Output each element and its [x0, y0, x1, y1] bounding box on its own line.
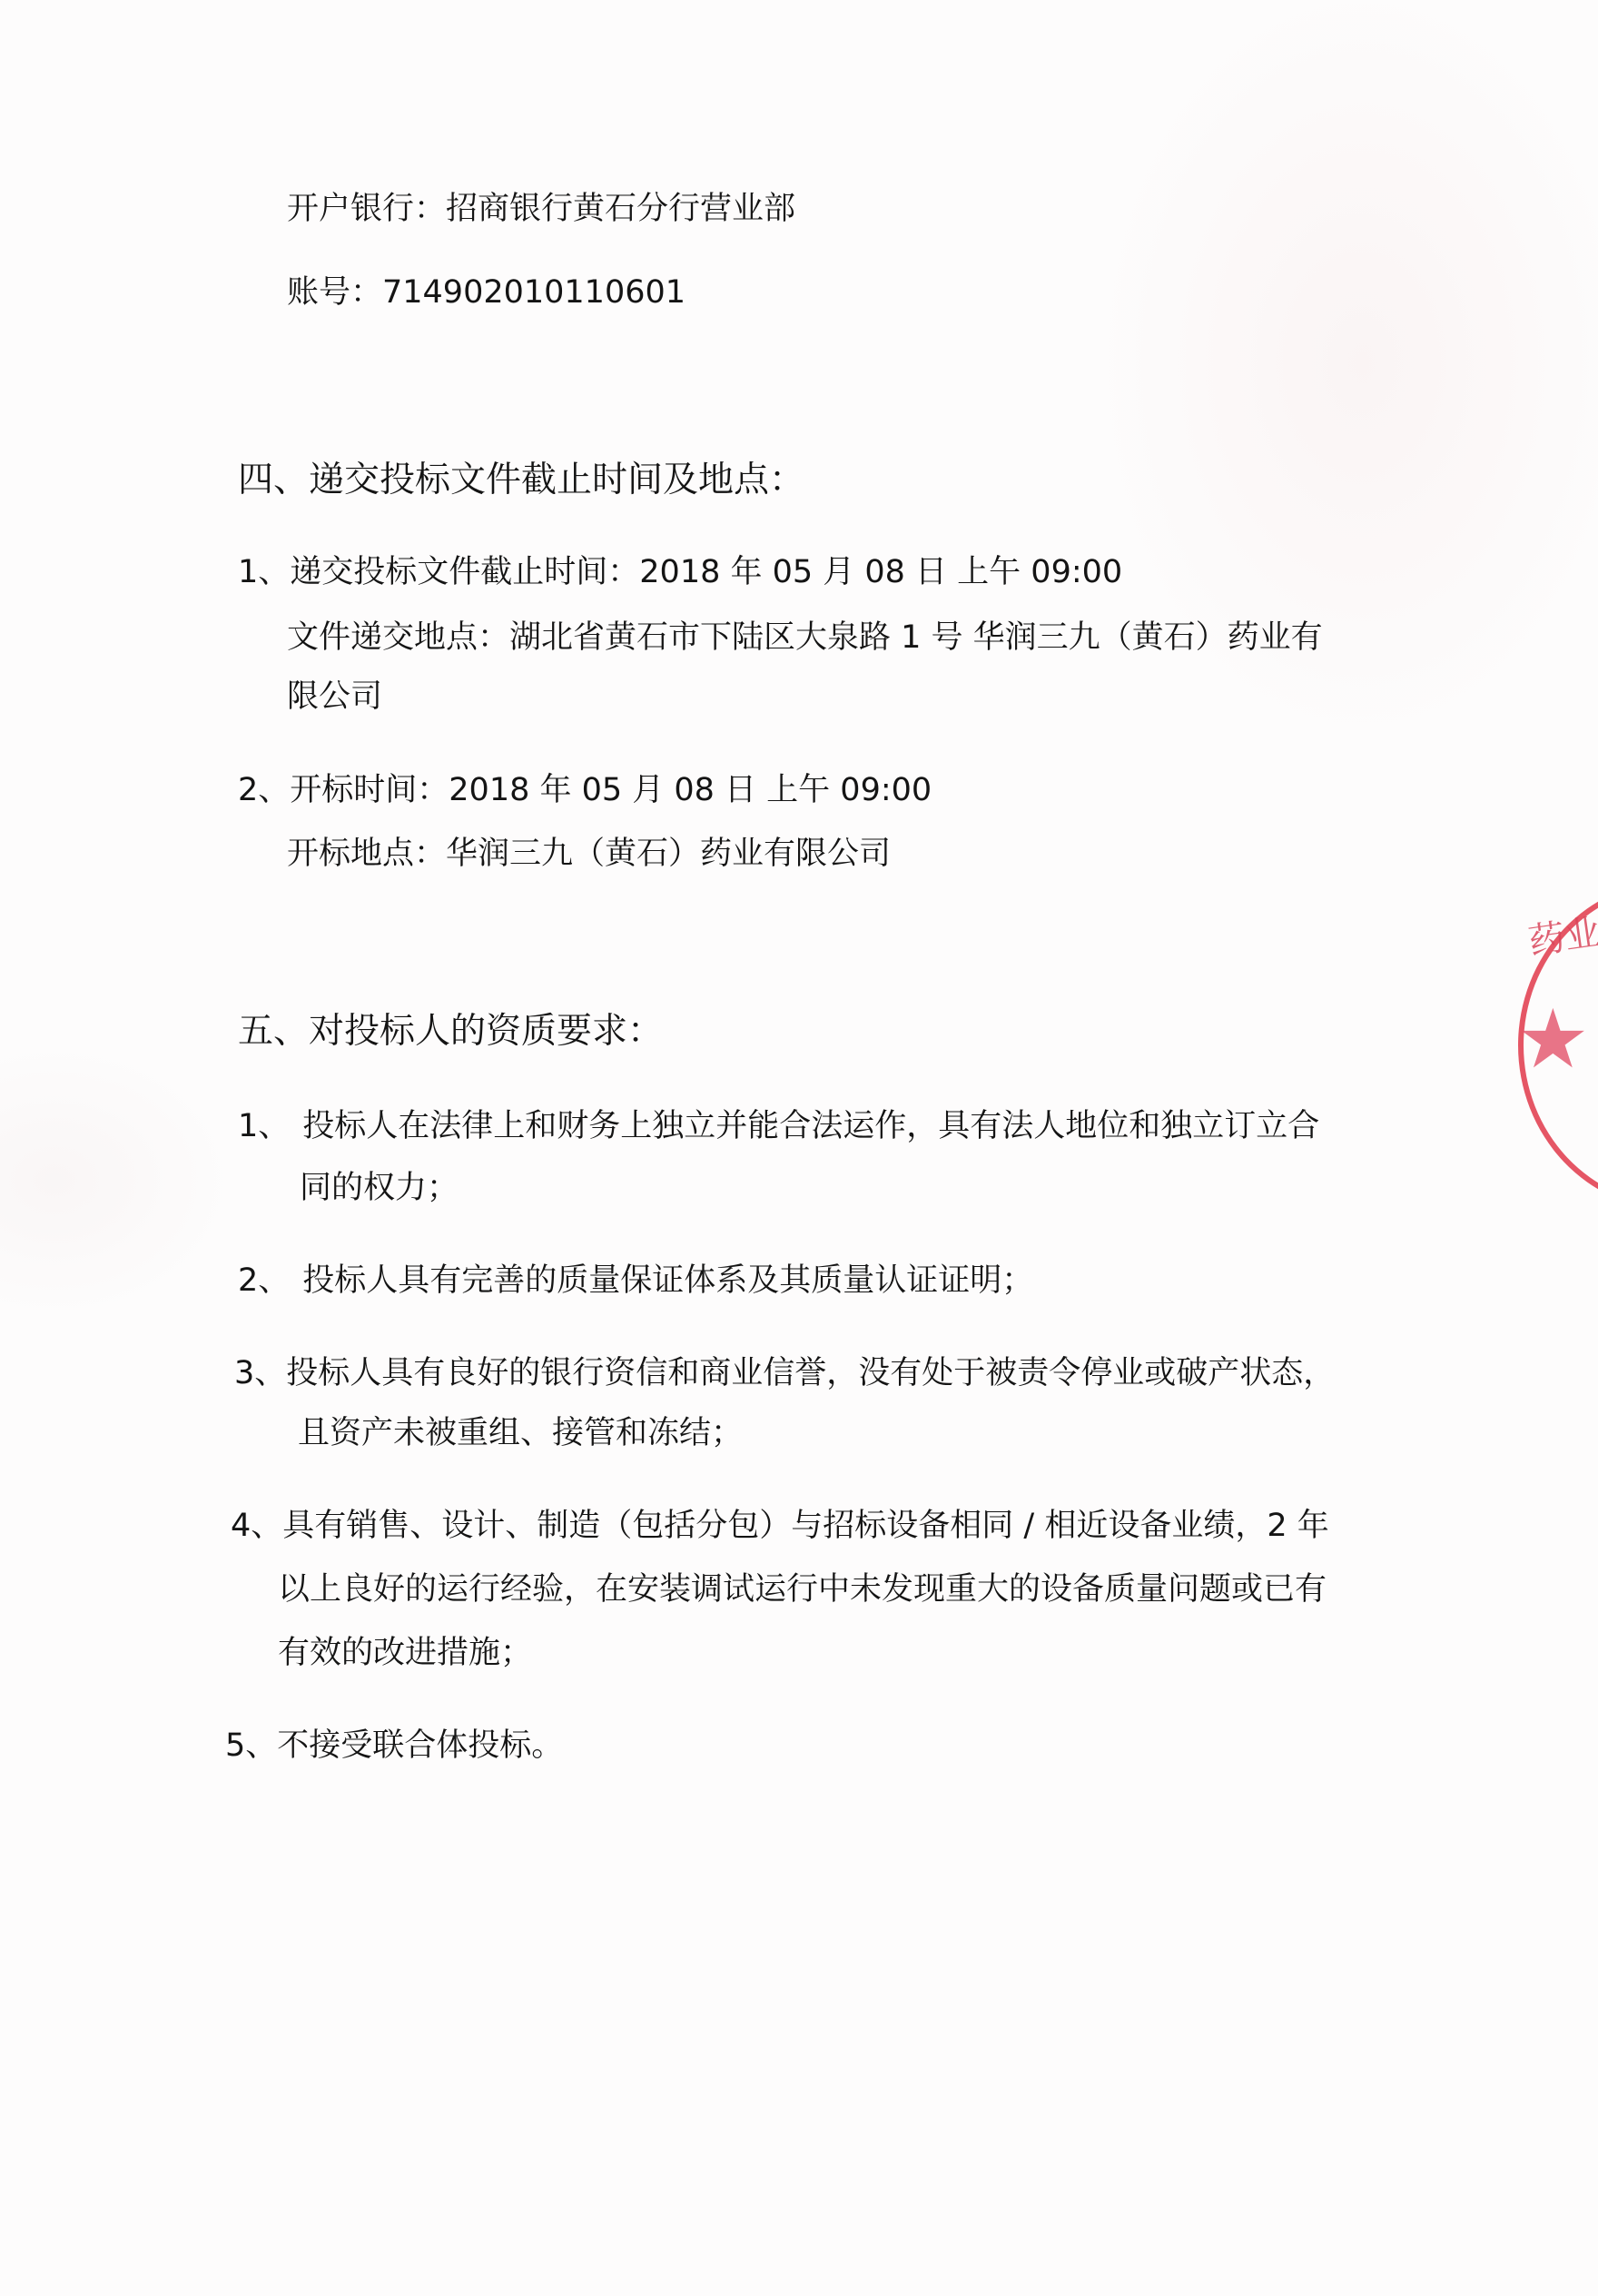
requirement-text: 具有销售、设计、制造（包括分包）与招标设备相同 / 相近设备业绩，2 年 — [282, 1508, 1328, 1544]
section-5-heading: 五、对投标人的资质要求： — [238, 1010, 663, 1054]
document-page: 开户银行：招商银行黄石分行营业部 账号：714902010110601 四、递交… — [0, 0, 1598, 2296]
item-number: 1、 — [238, 1108, 290, 1144]
opening-time: 开标时间：2018 年 05 月 08 日 上午 09:00 — [290, 772, 932, 808]
item-number: 5、 — [225, 1727, 277, 1764]
delivery-location: 文件递交地点：湖北省黄石市下陆区大泉路 1 号 华润三九（黄石）药业有 — [287, 618, 1323, 658]
opening-location: 开标地点：华润三九（黄石）药业有限公司 — [287, 834, 891, 874]
requirement-text-cont: 以上良好的运行经验，在安装调试运行中未发现重大的设备质量问题或已有 — [278, 1569, 1327, 1609]
requirement-text-cont: 同的权力； — [300, 1168, 459, 1208]
item-number: 2、 — [238, 772, 290, 808]
item-number: 2、 — [238, 1262, 290, 1299]
requirement-text: 投标人具有完善的质量保证体系及其质量认证证明； — [302, 1262, 1033, 1299]
delivery-location-cont: 限公司 — [287, 677, 382, 717]
item-number: 1、 — [238, 554, 290, 590]
deadline-time: 递交投标文件截止时间：2018 年 05 月 08 日 上午 09:00 — [290, 554, 1122, 590]
item-number: 3、 — [234, 1355, 286, 1391]
star-icon: ★ — [1516, 999, 1590, 1081]
requirement-text-cont-2: 有效的改进措施； — [278, 1633, 532, 1673]
requirement-text: 不接受联合体投标。 — [277, 1727, 563, 1764]
section-4-heading: 四、递交投标文件截止时间及地点： — [238, 459, 804, 502]
stamp-text: 药业 — [1524, 904, 1598, 965]
requirement-text: 投标人具有良好的银行资信和商业信誉，没有处于被责令停业或破产状态， — [286, 1355, 1335, 1391]
requirement-text: 投标人在法律上和财务上独立并能合法运作，具有法人地位和独立订立合 — [302, 1108, 1319, 1144]
requirement-text-cont: 且资产未被重组、接管和冻结； — [298, 1413, 743, 1453]
account-number-line: 账号：714902010110601 — [287, 272, 686, 312]
item-number: 4、 — [231, 1508, 282, 1544]
bank-name-line: 开户银行：招商银行黄石分行营业部 — [287, 189, 795, 229]
